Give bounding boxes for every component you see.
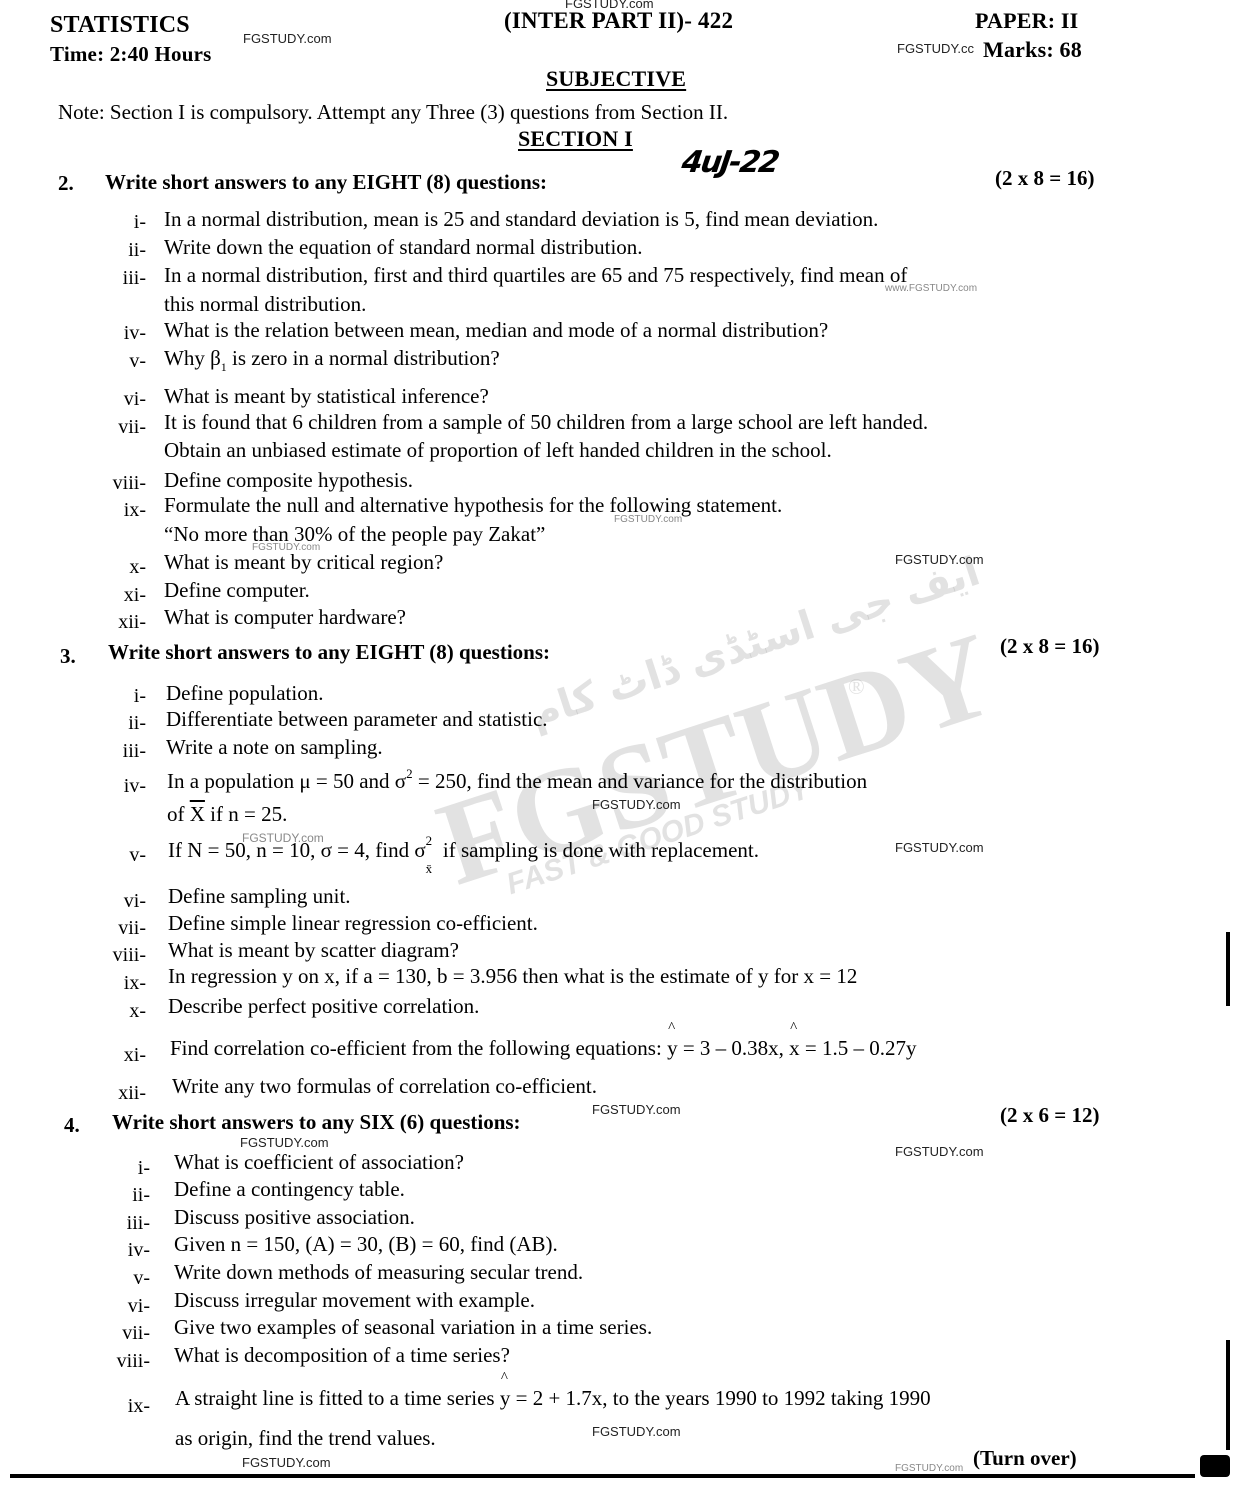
- item-number: iv-: [96, 775, 146, 798]
- question-marks: (2 x 8 = 16): [1000, 634, 1099, 659]
- scan-edge-mark: [1200, 1455, 1230, 1477]
- watermark-site: FGSTUDY.com: [592, 1102, 681, 1117]
- item-number: v-: [100, 1267, 150, 1290]
- item-text: if sampling is done with replacement.: [438, 838, 759, 862]
- item-number: xi-: [96, 1044, 146, 1067]
- paper-number: PAPER: II: [975, 8, 1078, 34]
- regression-equation: = 3 – 0.38x,: [678, 1036, 790, 1060]
- watermark-site: FGSTUDY.com: [243, 31, 332, 46]
- watermark-site: FGSTUDY.com: [240, 1135, 329, 1150]
- item-number: ix-: [100, 1395, 150, 1418]
- question-heading: Write short answers to any SIX (6) quest…: [112, 1110, 521, 1135]
- item-number: ix-: [96, 972, 146, 995]
- watermark-site: FGSTUDY.com: [592, 797, 681, 812]
- exam-title: (INTER PART II)- 422: [504, 8, 733, 34]
- watermark-site: FGSTUDY.com: [895, 552, 984, 567]
- list-item-continuation: this normal distribution.: [164, 292, 366, 317]
- question-number: 4.: [64, 1113, 80, 1138]
- item-number: iv-: [100, 1239, 150, 1262]
- list-item: Why β1 is zero in a normal distribution?: [164, 346, 500, 375]
- list-item: What is meant by statistical inference?: [164, 384, 489, 409]
- subscript: x̄: [426, 861, 433, 877]
- item-number: viii-: [96, 472, 146, 495]
- list-item: Given n = 150, (A) = 30, (B) = 60, find …: [174, 1232, 558, 1257]
- list-item: Write down the equation of standard norm…: [164, 235, 643, 260]
- question-heading: Write short answers to any EIGHT (8) que…: [105, 170, 547, 195]
- list-item: If N = 50, n = 10, σ = 4, find σ2x̄ if s…: [168, 838, 759, 863]
- watermark-registered: ®: [848, 674, 865, 700]
- section-heading: SECTION I: [518, 126, 633, 152]
- list-item: Formulate the null and alternative hypot…: [164, 493, 782, 518]
- regression-equation: = 1.5 – 0.27y: [800, 1036, 917, 1060]
- item-number: vi-: [96, 388, 146, 411]
- item-number: vii-: [100, 1322, 150, 1345]
- item-number: iii-: [96, 267, 146, 290]
- list-item: What is the relation between mean, media…: [164, 318, 828, 343]
- item-number: v-: [96, 350, 146, 373]
- question-number: 2.: [58, 171, 74, 196]
- list-item: Define sampling unit.: [168, 884, 351, 909]
- item-number: iv-: [96, 322, 146, 345]
- item-text: is zero in a normal distribution?: [227, 346, 500, 370]
- scan-edge-mark: [1226, 932, 1230, 1006]
- list-item: What is meant by critical region?: [164, 550, 443, 575]
- y-hat-symbol: y: [667, 1036, 678, 1061]
- item-text: If N = 50, n = 10, σ = 4, find σ: [168, 838, 426, 862]
- list-item: In a normal distribution, first and thir…: [164, 263, 907, 288]
- item-number: i-: [100, 1157, 150, 1180]
- list-item: Write a note on sampling.: [166, 735, 383, 760]
- watermark-site: FGSTUDY.com: [614, 514, 682, 525]
- subject-title: STATISTICS: [50, 12, 190, 39]
- question-marks: (2 x 8 = 16): [995, 166, 1094, 191]
- list-item: In a normal distribution, mean is 25 and…: [164, 207, 878, 232]
- item-text: if n = 25.: [205, 802, 287, 826]
- list-item: Discuss irregular movement with example.: [174, 1288, 535, 1313]
- item-number: viii-: [100, 1350, 150, 1373]
- x-hat-symbol: x: [789, 1036, 800, 1061]
- item-number: x-: [96, 1000, 146, 1023]
- list-item: Define population.: [166, 681, 323, 706]
- list-item: Find correlation co-efficient from the f…: [170, 1036, 917, 1061]
- watermark-url: www.FGSTUDY.com: [885, 283, 977, 294]
- item-number: vii-: [96, 416, 146, 439]
- item-number: ix-: [96, 499, 146, 522]
- item-text: A straight line is fitted to a time seri…: [175, 1386, 500, 1410]
- item-number: xi-: [96, 584, 146, 607]
- list-item: What is meant by scatter diagram?: [168, 938, 459, 963]
- item-number: iii-: [100, 1212, 150, 1235]
- list-item: A straight line is fitted to a time seri…: [175, 1386, 931, 1411]
- page-bottom-rule: [10, 1474, 1195, 1478]
- item-number: xii-: [96, 1082, 146, 1105]
- list-item: Define a contingency table.: [174, 1177, 405, 1202]
- item-number: ii-: [96, 239, 146, 262]
- scan-edge-mark: [1226, 1340, 1230, 1450]
- item-text: Why β: [164, 346, 221, 370]
- watermark-urdu: ایف جی اسٹڈی ڈاٹ کام: [524, 549, 985, 738]
- list-item: Write down methods of measuring secular …: [174, 1260, 583, 1285]
- watermark-site: FGSTUDY.com: [895, 840, 984, 855]
- y-hat-symbol: y: [500, 1386, 511, 1411]
- list-item: Discuss positive association.: [174, 1205, 415, 1230]
- watermark-site: FGSTUDY.com: [592, 1424, 681, 1439]
- item-number: i-: [96, 211, 146, 234]
- item-number: vii-: [96, 917, 146, 940]
- item-number: ii-: [100, 1184, 150, 1207]
- item-number: vi-: [100, 1295, 150, 1318]
- item-text: In a population μ = 50 and σ: [167, 769, 406, 793]
- question-marks: (2 x 6 = 12): [1000, 1103, 1099, 1128]
- watermark-site: FGSTUDY.com: [895, 1144, 984, 1159]
- list-item: Define computer.: [164, 578, 310, 603]
- handwritten-annotation: 4uJ-22: [680, 145, 781, 180]
- question-heading: Write short answers to any EIGHT (8) que…: [108, 640, 550, 665]
- item-number: i-: [96, 685, 146, 708]
- item-number: vi-: [96, 890, 146, 913]
- item-text: of: [167, 802, 190, 826]
- question-number: 3.: [60, 644, 76, 669]
- list-item-continuation: “No more than 30% of the people pay Zaka…: [164, 522, 545, 547]
- watermark-site: FGSTUDY.cc: [897, 41, 974, 56]
- list-item-continuation: of X if n = 25.: [167, 802, 287, 827]
- list-item: What is computer hardware?: [164, 605, 406, 630]
- item-number: iii-: [96, 740, 146, 763]
- list-item: Describe perfect positive correlation.: [168, 994, 479, 1019]
- list-item: Define composite hypothesis.: [164, 468, 413, 493]
- item-text: = 250, find the mean and variance for th…: [413, 769, 867, 793]
- trend-equation: = 2 + 1.7x, to the years 1990 to 1992 ta…: [510, 1386, 930, 1410]
- instructions-note: Note: Section I is compulsory. Attempt a…: [58, 100, 728, 125]
- list-item: What is coefficient of association?: [174, 1150, 464, 1175]
- list-item: It is found that 6 children from a sampl…: [164, 410, 928, 435]
- item-text: Find correlation co-efficient from the f…: [170, 1036, 667, 1060]
- item-number: v-: [96, 844, 146, 867]
- list-item: In regression y on x, if a = 130, b = 3.…: [168, 964, 857, 989]
- item-number: xii-: [96, 611, 146, 634]
- total-marks: Marks: 68: [983, 37, 1082, 63]
- watermark-site: FGSTUDY.com: [242, 1455, 331, 1470]
- list-item-continuation: Obtain an unbiased estimate of proportio…: [164, 438, 832, 463]
- item-number: ii-: [96, 712, 146, 735]
- list-item: In a population μ = 50 and σ2 = 250, fin…: [167, 766, 867, 794]
- list-item: Write any two formulas of correlation co…: [172, 1074, 597, 1099]
- list-item: Define simple linear regression co-effic…: [168, 911, 538, 936]
- list-item: What is decomposition of a time series?: [174, 1343, 510, 1368]
- turn-over-label: (Turn over): [973, 1446, 1077, 1471]
- list-item: Differentiate between parameter and stat…: [166, 707, 548, 732]
- exam-time: Time: 2:40 Hours: [50, 42, 211, 67]
- item-number: x-: [96, 556, 146, 579]
- item-number: viii-: [96, 944, 146, 967]
- paper-type-heading: SUBJECTIVE: [546, 66, 686, 92]
- watermark-site: FGSTUDY.com: [895, 1463, 963, 1474]
- x-bar-symbol: X: [190, 802, 205, 826]
- list-item-continuation: as origin, find the trend values.: [175, 1426, 436, 1451]
- superscript: 2: [426, 833, 433, 849]
- list-item: Give two examples of seasonal variation …: [174, 1315, 652, 1340]
